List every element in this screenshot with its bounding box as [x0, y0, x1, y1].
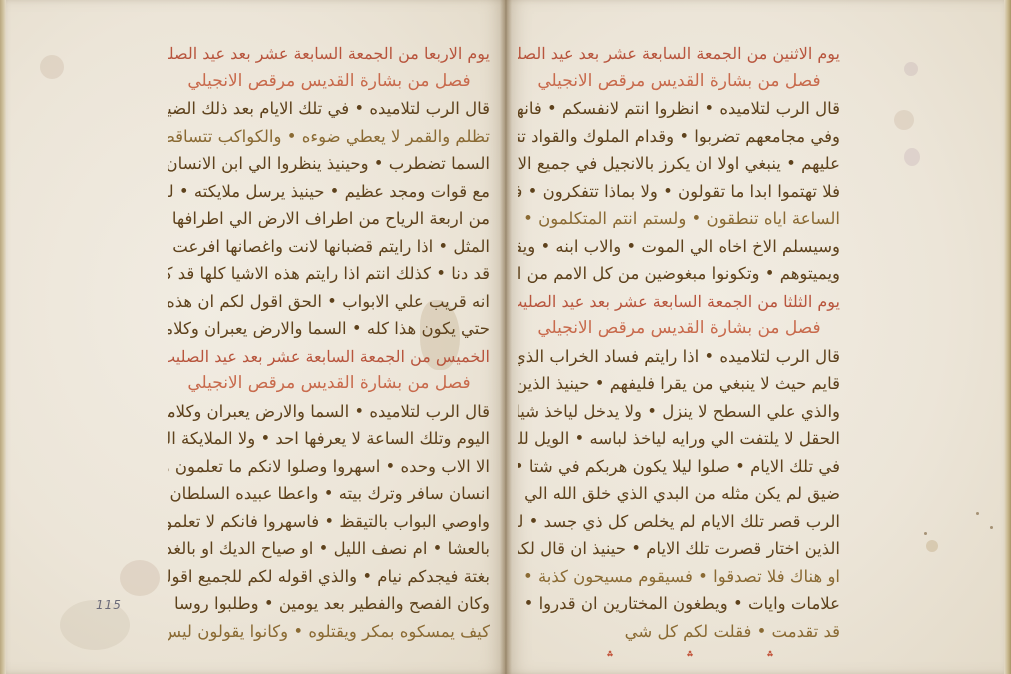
right-text-block: يوم الاثنين من الجمعة السابعة عشر بعد عي… [518, 40, 840, 671]
paper-speck [976, 512, 979, 515]
folio-number: 115 [96, 598, 122, 612]
rubric-day-heading: يوم الاثنين من الجمعة السابعة عشر بعد عي… [518, 40, 840, 68]
paper-stain [40, 55, 64, 79]
paper-speck [990, 526, 993, 529]
right-page-edge [1004, 0, 1011, 674]
text-line: وسيسلم الاخ اخاه الي الموت • والاب ابنه … [518, 233, 840, 261]
text-line: الا الاب وحده • اسهروا وصلوا لانكم ما تع… [168, 453, 490, 481]
right-page: يوم الاثنين من الجمعة السابعة عشر بعد عي… [506, 0, 1011, 674]
text-line: الساعة اياه تنطقون • ولستم انتم المتكلمو… [518, 205, 840, 233]
text-line: عليهم • ينبغي اولا ان يكرز بالانجيل في ج… [518, 150, 840, 178]
paper-stain [894, 110, 914, 130]
text-line: المثل • اذا رايتم قضبانها لانت واغصانها … [168, 233, 490, 261]
paper-stain [120, 560, 160, 596]
text-line: قال الرب لتلاميده • السما والارض يعبران … [168, 398, 490, 426]
text-line: السما تضطرب • وحينيذ ينظروا الي ابن الان… [168, 150, 490, 178]
section-end-mark: ؞ [686, 645, 695, 671]
text-line: قال الرب لتلاميده • اذا رايتم فساد الخرا… [518, 343, 840, 371]
left-page: يوم الاربعا من الجمعة السابعة عشر بعد عي… [0, 0, 506, 674]
left-text-block: يوم الاربعا من الجمعة السابعة عشر بعد عي… [168, 40, 490, 645]
rubric-gospel-heading: فصل من بشارة القديس مرقص الانجيلي [168, 68, 490, 96]
rubric-gospel-heading: فصل من بشارة القديس مرقص الانجيلي [518, 315, 840, 343]
text-line: حتي يكون هذا كله • السما والارض يعبران و… [168, 315, 490, 343]
section-end-marks: ؞ ؞ ؞ [570, 645, 810, 671]
text-line: او هناك فلا تصدقوا • فسيقوم مسيحون كذبة … [518, 563, 840, 591]
text-line: قال الرب لتلاميده • انظروا انتم لانفسكم … [518, 95, 840, 123]
text-line: علامات وايات • ويطغون المختارين ان قدروا… [518, 590, 840, 618]
section-end-mark: ؞ [766, 645, 775, 671]
paper-stain [926, 540, 938, 552]
text-line: اليوم وتلك الساعة لا يعرفها احد • ولا ال… [168, 425, 490, 453]
text-line: قايم حيث لا ينبغي من يقرا فليفهم • حينيذ… [518, 370, 840, 398]
text-line: بالعشا • ام نصف الليل • او صياح الديك او… [168, 535, 490, 563]
book-gutter [500, 0, 512, 674]
text-line: ويميتوهم • وتكونوا مبغوضين من كل الامم م… [518, 260, 840, 288]
text-line: والذي علي السطح لا ينزل • ولا يدخل لياخذ… [518, 398, 840, 426]
paper-stain [904, 148, 920, 166]
text-line: مع قوات ومجد عظيم • حينيذ يرسل ملايكته •… [168, 178, 490, 206]
section-end-mark: ؞ [606, 645, 615, 671]
text-line: واوصي البواب بالتيقظ • فاسهروا فانكم لا … [168, 508, 490, 536]
text-line: الرب قصر تلك الايام لم يخلص كل ذي جسد • … [518, 508, 840, 536]
text-line: الحقل لا يلتفت الي ورايه لياخذ لباسه • ا… [518, 425, 840, 453]
text-line: من اربعة الرياح من اطراف الارض الي اطراف… [168, 205, 490, 233]
text-line: قد تقدمت • فقلت لكم كل شي [518, 618, 840, 646]
text-line: في تلك الايام • صلوا ليلا يكون هربكم في … [518, 453, 840, 481]
text-line: وكان الفصح والفطير بعد يومين • وطلبوا رو… [168, 590, 490, 618]
rubric-gospel-heading: فصل من بشارة القديس مرقص الانجيلي [168, 370, 490, 398]
text-line: كيف يمسكوه بمكر ويقتلوه • وكانوا يقولون … [168, 618, 490, 646]
text-line: انسان سافر وترك بيته • واعطا عبيده السلط… [168, 480, 490, 508]
manuscript-spread: يوم الاربعا من الجمعة السابعة عشر بعد عي… [0, 0, 1011, 674]
text-line: ضيق لم يكن مثله من البدي الذي خلق الله ا… [518, 480, 840, 508]
rubric-gospel-heading: فصل من بشارة القديس مرقص الانجيلي [518, 68, 840, 96]
text-line: وفي مجامعهم تضربوا • وقدام الملوك والقوا… [518, 123, 840, 151]
text-line: قال الرب لتلاميده • في تلك الايام بعد ذل… [168, 95, 490, 123]
rubric-day-heading: يوم الاربعا من الجمعة السابعة عشر بعد عي… [168, 40, 490, 68]
paper-stain [904, 62, 918, 76]
text-line: انه قريب علي الابواب • الحق اقول لكم ان … [168, 288, 490, 316]
text-line: قد دنا • كذلك انتم اذا رايتم هذه الاشيا … [168, 260, 490, 288]
text-line: بغتة فيجدكم نيام • والذي اقوله لكم للجمي… [168, 563, 490, 591]
left-page-edge [0, 0, 6, 674]
text-line: فلا تهتموا ابدا ما تقولون • ولا بماذا تت… [518, 178, 840, 206]
rubric-day-heading: يوم الثلثا من الجمعة السابعة عشر بعد عيد… [518, 288, 840, 316]
text-line: تظلم والقمر لا يعطي ضوءه • والكواكب تتسا… [168, 123, 490, 151]
rubric-day-heading: الخميس من الجمعة السابعة عشر بعد عيد الص… [168, 343, 490, 371]
paper-speck [924, 532, 927, 535]
text-line: الذين اختار قصرت تلك الايام • حينيذ ان ق… [518, 535, 840, 563]
